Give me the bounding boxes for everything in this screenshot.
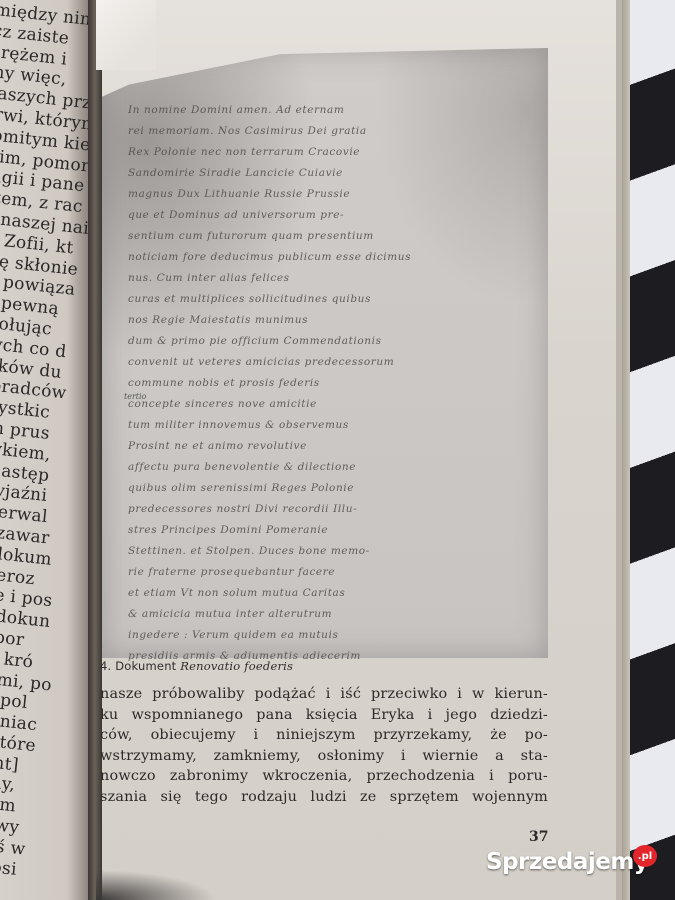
manuscript-line: quibus olim serenissimi Reges Polonie (128, 478, 528, 499)
manuscript-line: tum militer innovemus & observemus (128, 415, 528, 436)
manuscript-line: nos Regie Maiestatis munimus (128, 310, 528, 331)
body-line: nasze próbowaliby podążać i iść przeciwk… (100, 684, 548, 705)
light-glare (96, 0, 156, 70)
manuscript-text: In nomine Domini amen. Ad eternam rei me… (128, 100, 528, 667)
body-line: ku wspomnianego pana księcia Eryka i jeg… (100, 705, 548, 726)
caption-label: Dokument (115, 659, 176, 673)
manuscript-line: predecessores nostri Divi recordii Illu- (128, 499, 528, 520)
manuscript-line: stres Principes Domini Pomeranie (128, 520, 528, 541)
body-line: ców, obiecujemy i niniejszym przyrzekamy… (100, 725, 548, 746)
manuscript-line: curas et multiplices sollicitudines quib… (128, 289, 528, 310)
manuscript-line: concepte sinceres nove amicitie (128, 394, 528, 415)
page-shadow (96, 870, 216, 900)
watermark-badge: .pl (633, 845, 657, 867)
body-line: nowczo zabronimy wkroczenia, przechodzen… (100, 766, 548, 787)
manuscript-line: magnus Dux Lithuanie Russie Prussie (128, 184, 528, 205)
manuscript-line: ingedere : Verum quidem ea mutuis (128, 625, 528, 646)
manuscript-line: Stettinen. et Stolpen. Duces bone memo- (128, 541, 528, 562)
body-line: wstrzymamy, zamkniemy, osłonimy i wierni… (100, 746, 548, 767)
page-number: 37 (529, 829, 548, 845)
manuscript-line: rei memoriam. Nos Casimirus Dei gratia (128, 121, 528, 142)
manuscript-line: et etiam Vt non solum mutua Caritas (128, 583, 528, 604)
watermark-brand: Sprzedajemy (486, 849, 648, 875)
body-paragraph: nasze próbowaliby podążać i iść przeciwk… (100, 684, 548, 807)
manuscript-line: affectu pura benevolentie & dilectione (128, 457, 528, 478)
manuscript-line: noticiam fore deducimus publicum esse di… (128, 247, 528, 268)
figure-caption: 4. Dokument Renovatio foederis (100, 659, 293, 673)
manuscript-line: commune nobis et prosis federis (128, 373, 528, 394)
manuscript-line: Sandomirie Siradie Lancicie Cuiavie (128, 163, 528, 184)
caption-title: Renovatio foederis (180, 659, 293, 673)
left-page-text: między nim cz zaiste orężem i my więc, n… (0, 0, 96, 882)
caption-number: 4. (100, 659, 111, 673)
manuscript-line: rie fraterne prosequebantur facere (128, 562, 528, 583)
manuscript-line: convenit ut veteres amicicias predecesso… (128, 352, 528, 373)
manuscript-line: & amicicia mutua inter alterutrum (128, 604, 528, 625)
body-line: szania się tego rodzaju ludzi ze sprzęte… (100, 787, 548, 808)
manuscript-line: nus. Cum inter alias felices (128, 268, 528, 289)
manuscript-line: In nomine Domini amen. Ad eternam (128, 100, 528, 121)
manuscript-line: Rex Polonie nec non terrarum Cracovie (128, 142, 528, 163)
manuscript-line: dum & primo pie officium Commendationis (128, 331, 528, 352)
manuscript-line: que et Dominus ad universorum pre- (128, 205, 528, 226)
left-page: między nim cz zaiste orężem i my więc, n… (0, 0, 96, 900)
manuscript-line: Prosint ne et animo revolutive (128, 436, 528, 457)
manuscript-line: sentium cum futurorum quam presentium (128, 226, 528, 247)
